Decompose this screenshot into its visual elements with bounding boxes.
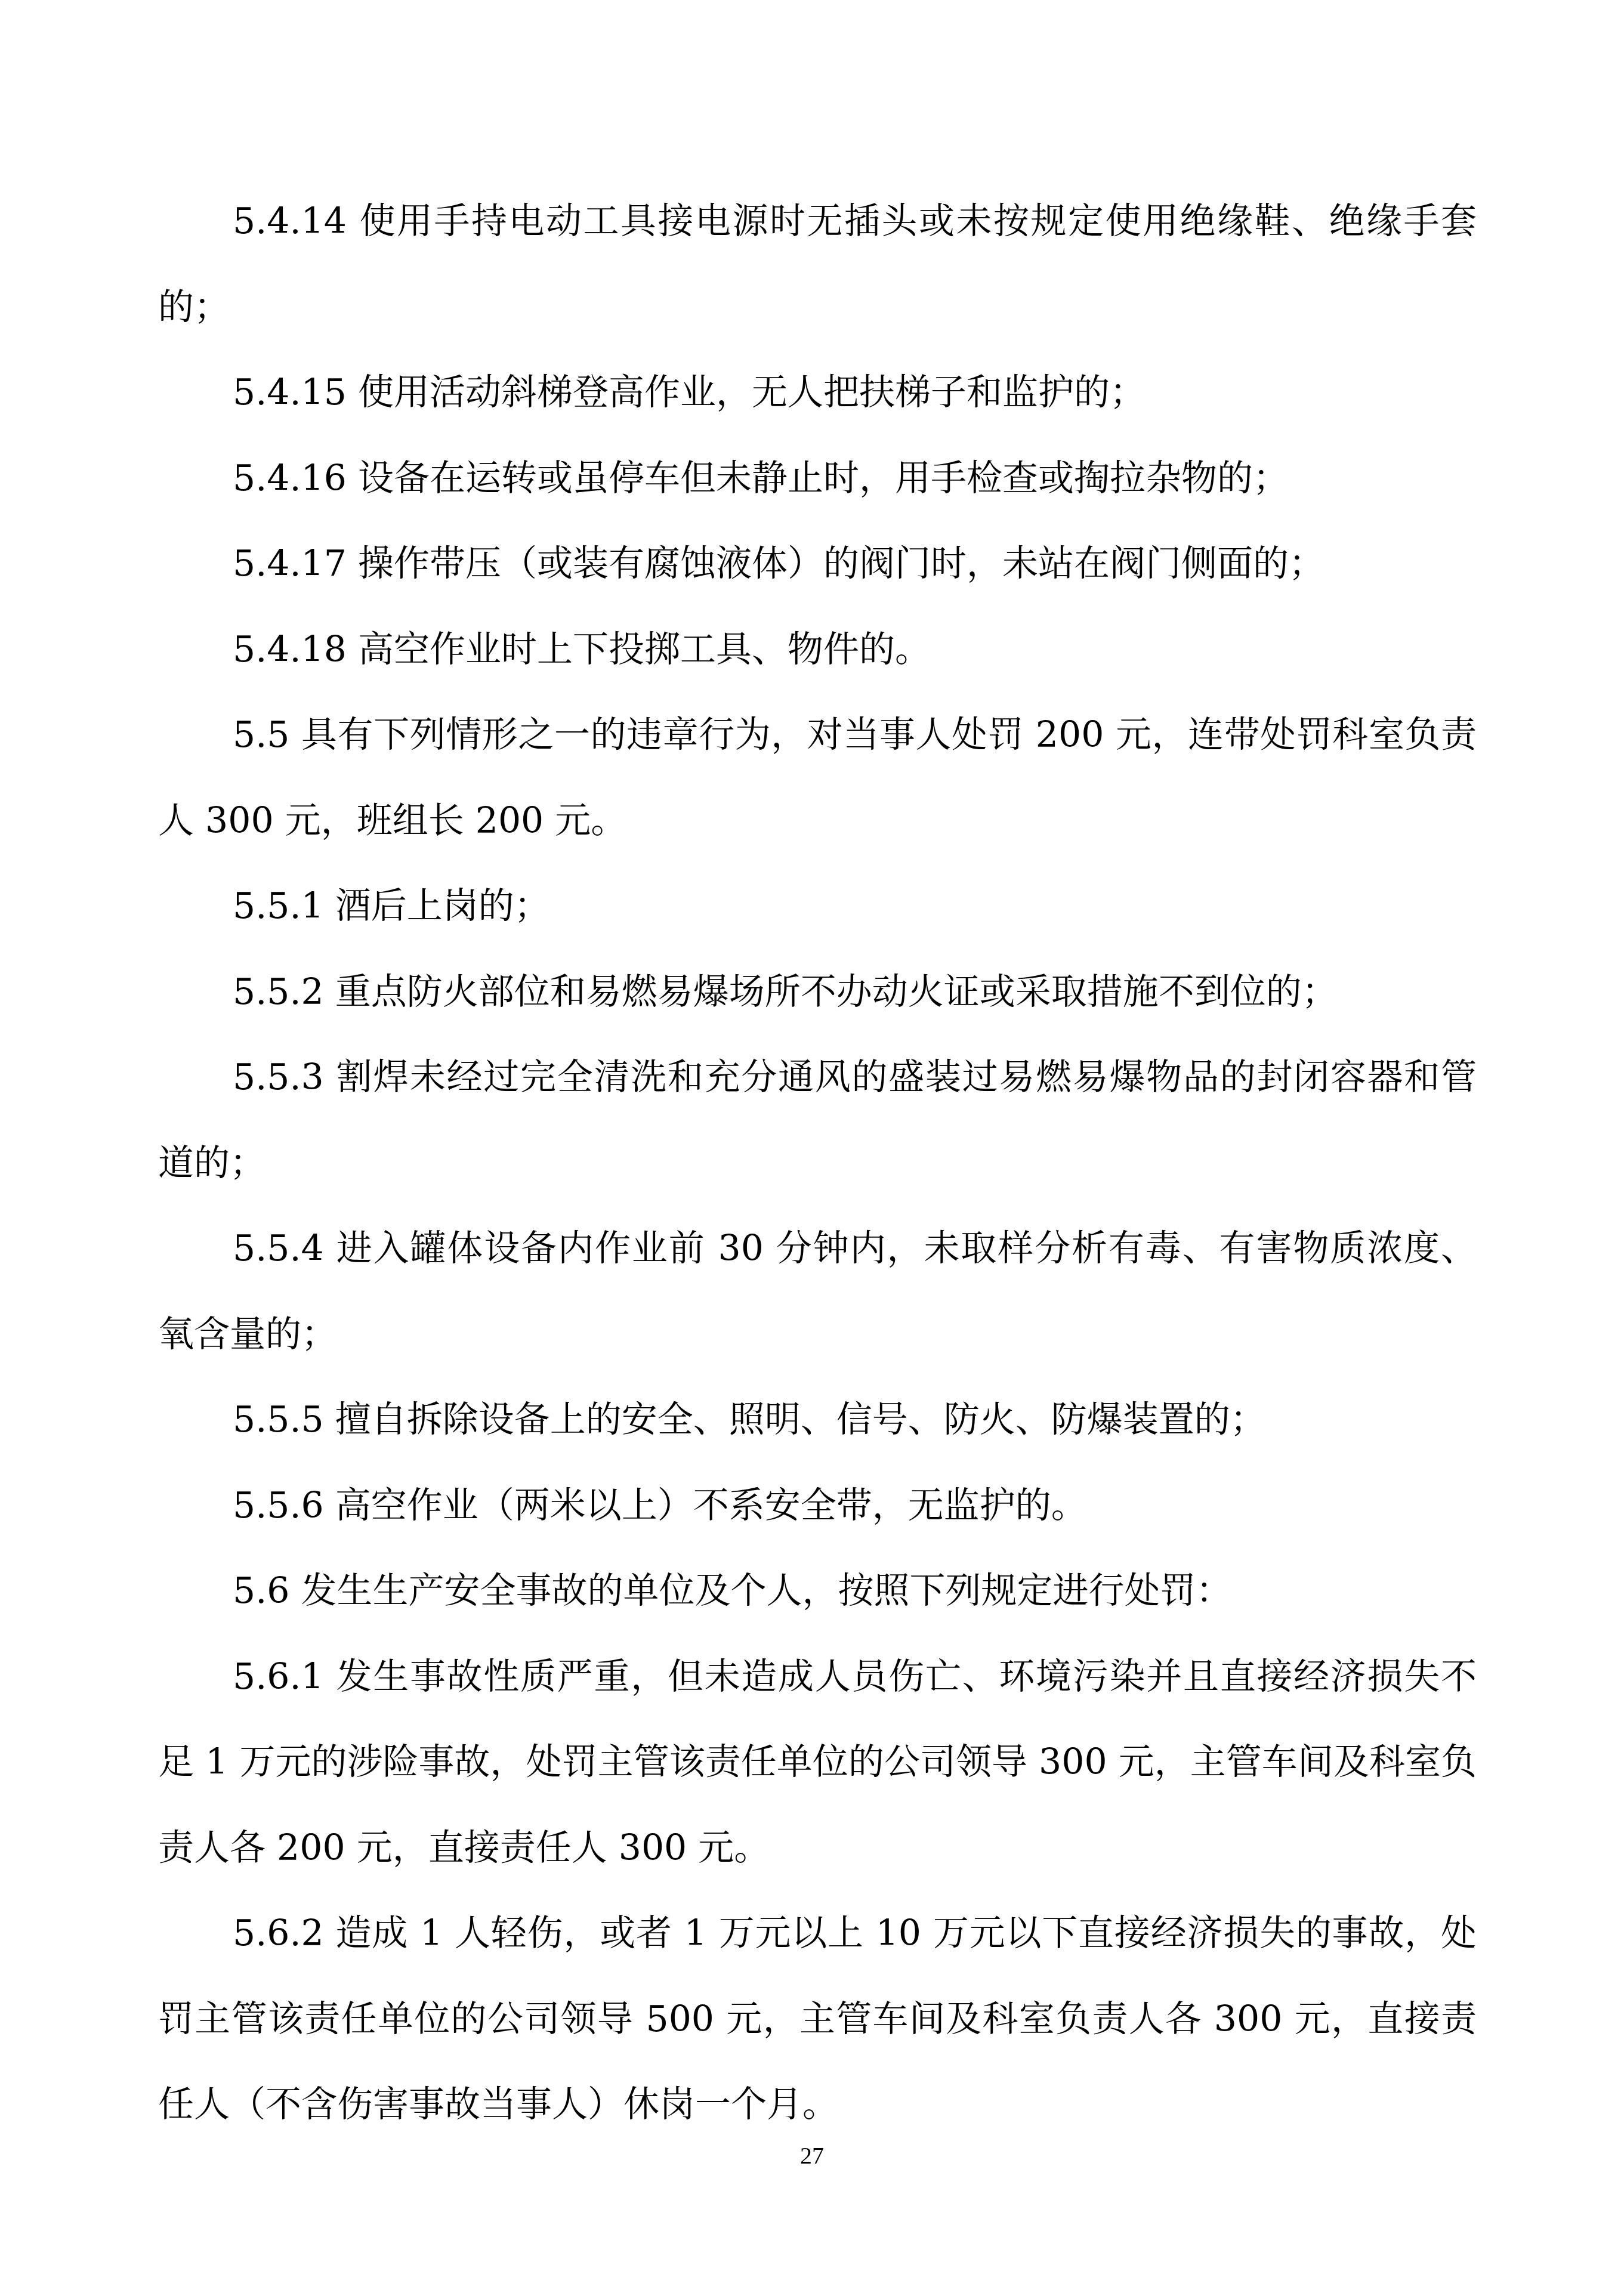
- clause-5-5-6: 5.5.6 高空作业（两米以上）不系安全带，无监护的。: [158, 1463, 1477, 1549]
- clause-5-5-5: 5.5.5 擅自拆除设备上的安全、照明、信号、防火、防爆装置的；: [158, 1377, 1477, 1463]
- clause-5-6-1: 5.6.1 发生事故性质严重，但未造成人员伤亡、环境污染并且直接经济损失不足 1…: [158, 1634, 1477, 1892]
- clause-5-5-3: 5.5.3 割焊未经过完全清洗和充分通风的盛装过易燃易爆物品的封闭容器和管道的；: [158, 1035, 1477, 1206]
- clause-5-5-2: 5.5.2 重点防火部位和易燃易爆场所不办动火证或采取措施不到位的；: [158, 950, 1477, 1036]
- clause-5-5: 5.5 具有下列情形之一的违章行为，对当事人处罚 200 元，连带处罚科室负责人…: [158, 693, 1477, 864]
- document-page: 5.4.14 使用手持电动工具接电源时无插头或未按规定使用绝缘鞋、绝缘手套的； …: [0, 0, 1624, 2296]
- clause-5-4-16: 5.4.16 设备在运转或虽停车但未静止时，用手检查或掏拉杂物的；: [158, 436, 1477, 522]
- clause-5-5-4: 5.5.4 进入罐体设备内作业前 30 分钟内，未取样分析有毒、有害物质浓度、氧…: [158, 1206, 1477, 1377]
- document-body: 5.4.14 使用手持电动工具接电源时无插头或未按规定使用绝缘鞋、绝缘手套的； …: [158, 179, 1477, 2148]
- clause-5-6-2: 5.6.2 造成 1 人轻伤，或者 1 万元以上 10 万元以下直接经济损失的事…: [158, 1891, 1477, 2148]
- clause-5-4-15: 5.4.15 使用活动斜梯登高作业，无人把扶梯子和监护的；: [158, 350, 1477, 436]
- clause-5-4-14: 5.4.14 使用手持电动工具接电源时无插头或未按规定使用绝缘鞋、绝缘手套的；: [158, 179, 1477, 350]
- clause-5-4-18: 5.4.18 高空作业时上下投掷工具、物件的。: [158, 607, 1477, 693]
- clause-5-4-17: 5.4.17 操作带压（或装有腐蚀液体）的阀门时，未站在阀门侧面的；: [158, 521, 1477, 607]
- clause-5-5-1: 5.5.1 酒后上岗的；: [158, 864, 1477, 950]
- page-number: 27: [0, 2142, 1624, 2170]
- clause-5-6: 5.6 发生生产安全事故的单位及个人，按照下列规定进行处罚：: [158, 1549, 1477, 1634]
